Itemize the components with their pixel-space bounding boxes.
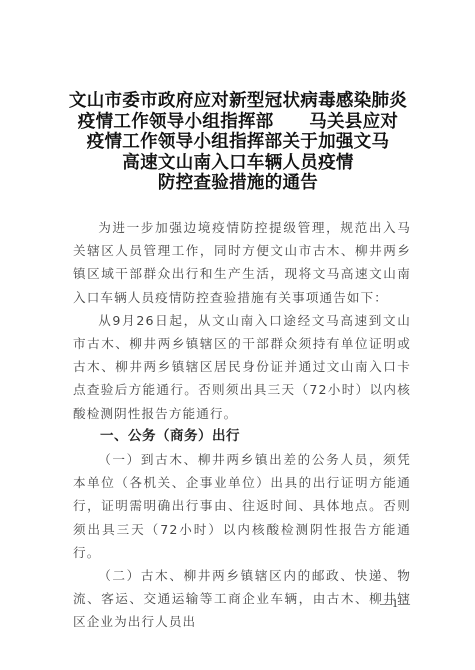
section-item-1: （一）到古木、柳井两乡镇出差的公务人员，须凭本单位（各机关、企事业单位）出具的出… — [73, 448, 411, 564]
section-heading-official-travel: 一、公务（商务）出行 — [73, 425, 411, 448]
document-page: 文山市委市政府应对新型冠状病毒感染肺炎 疫情工作领导小组指挥部 马关县应对 疫情… — [0, 0, 475, 670]
document-body: 为进一步加强边境疫情防控提级管理，规范出入马关辖区人员管理工作，同时方便文山市古… — [73, 216, 411, 634]
intro-paragraph: 为进一步加强边境疫情防控提级管理，规范出入马关辖区人员管理工作，同时方便文山市古… — [73, 216, 411, 309]
title-line-4: 高速文山南入口车辆人员疫情 — [60, 153, 416, 174]
document-title: 文山市委市政府应对新型冠状病毒感染肺炎 疫情工作领导小组指挥部 马关县应对 疫情… — [60, 91, 416, 194]
title-line-3: 疫情工作领导小组指挥部关于加强文马 — [60, 132, 416, 153]
section-item-2: （二）古木、柳井两乡镇辖区内的邮政、快递、物流、客运、交通运输等工商企业车辆，由… — [73, 564, 411, 634]
title-line-2: 疫情工作领导小组指挥部 马关县应对 — [60, 112, 416, 133]
title-line-1: 文山市委市政府应对新型冠状病毒感染肺炎 — [60, 91, 416, 112]
effective-date-paragraph: 从9月26日起，从文山南入口途经文马高速到文山市古木、柳井两乡镇辖区的干部群众须… — [73, 309, 411, 425]
page-number: —1— — [380, 596, 410, 611]
title-line-5: 防控查验措施的通告 — [60, 173, 416, 194]
